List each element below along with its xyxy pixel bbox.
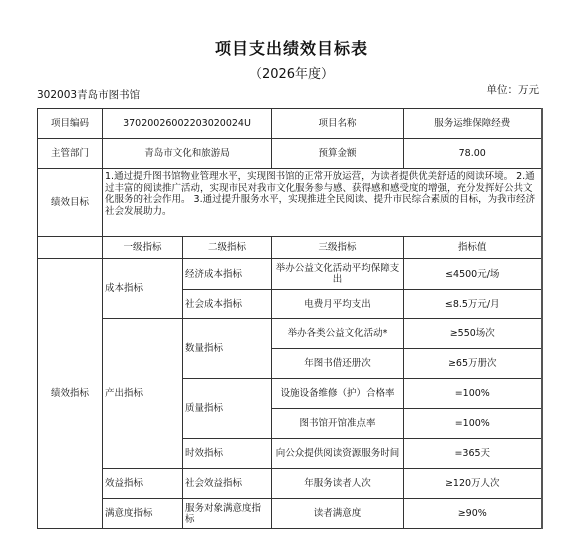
column-header-value: 指标值 bbox=[404, 237, 542, 259]
value-cell: =100% bbox=[404, 409, 542, 439]
indicators-section-label: 绩效指标 bbox=[38, 259, 103, 529]
page-subtitle-year: （2026年度） bbox=[0, 63, 583, 82]
level3-cell: 读者满意度 bbox=[272, 499, 404, 529]
table-row: 满意度指标 服务对象满意度指标 读者满意度 ≥90% bbox=[38, 499, 542, 529]
indicator-header-blank bbox=[38, 237, 103, 259]
project-code-label: 项目编码 bbox=[38, 109, 103, 139]
budget-label: 预算金额 bbox=[272, 139, 404, 169]
level3-cell: 举办各类公益文化活动* bbox=[272, 319, 404, 349]
unit-label: 单位：万元 bbox=[487, 82, 540, 97]
value-cell: ≥90% bbox=[404, 499, 542, 529]
level2-cell: 经济成本指标 bbox=[183, 259, 272, 290]
department-value: 青岛市文化和旅游局 bbox=[103, 139, 272, 169]
project-name-value: 服务运维保障经费 bbox=[404, 109, 542, 139]
department-row: 主管部门 青岛市文化和旅游局 预算金额 78.00 bbox=[38, 139, 542, 169]
level2-cell: 社会成本指标 bbox=[183, 290, 272, 319]
value-cell: =365天 bbox=[404, 439, 542, 469]
indicator-header-row: 一级指标 二级指标 三级指标 指标值 bbox=[38, 237, 542, 259]
level1-satisfaction: 满意度指标 bbox=[103, 499, 183, 529]
performance-goal-label: 绩效目标 bbox=[38, 169, 103, 237]
level3-cell: 图书馆开馆准点率 bbox=[272, 409, 404, 439]
column-header-level3: 三级指标 bbox=[272, 237, 404, 259]
level2-cell: 数量指标 bbox=[183, 319, 272, 379]
level1-benefit: 效益指标 bbox=[103, 469, 183, 499]
level2-cell: 质量指标 bbox=[183, 379, 272, 439]
value-cell: ≤4500元/场 bbox=[404, 259, 542, 290]
table-row: 效益指标 社会效益指标 年服务读者人次 ≥120万人次 bbox=[38, 469, 542, 499]
value-cell: ≤8.5万元/月 bbox=[404, 290, 542, 319]
value-cell: ≥120万人次 bbox=[404, 469, 542, 499]
table-row: 产出指标 数量指标 举办各类公益文化活动* ≥550场次 bbox=[38, 319, 542, 349]
project-code-value: 37020026002203020024U bbox=[103, 109, 272, 139]
organization-name: 302003青岛市图书馆 bbox=[37, 87, 140, 102]
level3-cell: 设施设备维修（护）合格率 bbox=[272, 379, 404, 409]
level3-cell: 举办公益文化活动平均保障支出 bbox=[272, 259, 404, 290]
level3-cell: 向公众提供阅读资源服务时间 bbox=[272, 439, 404, 469]
level3-cell: 年图书借还册次 bbox=[272, 349, 404, 379]
project-code-row: 项目编码 37020026002203020024U 项目名称 服务运维保障经费 bbox=[38, 109, 542, 139]
table-row: 绩效指标 成本指标 经济成本指标 举办公益文化活动平均保障支出 ≤4500元/场 bbox=[38, 259, 542, 290]
level2-cell: 时效指标 bbox=[183, 439, 272, 469]
value-cell: =100% bbox=[404, 379, 542, 409]
value-cell: ≥550场次 bbox=[404, 319, 542, 349]
page-title: 项目支出绩效目标表 bbox=[0, 36, 583, 59]
performance-target-table: 项目编码 37020026002203020024U 项目名称 服务运维保障经费… bbox=[37, 108, 543, 529]
level2-cell: 服务对象满意度指标 bbox=[183, 499, 272, 529]
level1-output: 产出指标 bbox=[103, 319, 183, 469]
level3-cell: 年服务读者人次 bbox=[272, 469, 404, 499]
level3-cell: 电费月平均支出 bbox=[272, 290, 404, 319]
level1-cost: 成本指标 bbox=[103, 259, 183, 319]
level2-cell: 社会效益指标 bbox=[183, 469, 272, 499]
department-label: 主管部门 bbox=[38, 139, 103, 169]
column-header-level2: 二级指标 bbox=[183, 237, 272, 259]
budget-value: 78.00 bbox=[404, 139, 542, 169]
project-name-label: 项目名称 bbox=[272, 109, 404, 139]
performance-goal-row: 绩效目标 1.通过提升图书馆物业管理水平，实现图书馆的正常开放运营，为读者提供优… bbox=[38, 169, 542, 237]
value-cell: ≥65万册次 bbox=[404, 349, 542, 379]
performance-goal-text: 1.通过提升图书馆物业管理水平，实现图书馆的正常开放运营，为读者提供优美舒适的阅… bbox=[103, 169, 542, 237]
column-header-level1: 一级指标 bbox=[103, 237, 183, 259]
